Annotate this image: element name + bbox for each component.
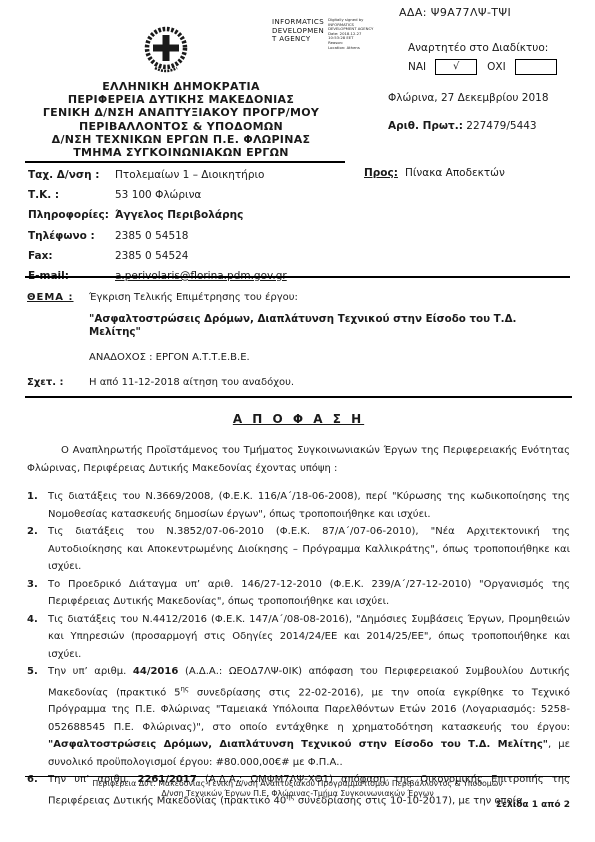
recipient-label: Προς: — [364, 167, 398, 179]
agency-header-line: ΓΕΝΙΚΗ Δ/ΝΣΗ ΑΝΑΠΤΥΞΙΑΚΟΥ ΠΡΟΓΡ/ΜΟΥ — [20, 106, 342, 119]
reference-label: Σχετ. : — [27, 376, 89, 389]
agency-header: ΕΛΛΗΝΙΚΗ ΔΗΜΟΚΡΑΤΙΑΠΕΡΙΦΕΡΕΙΑ ΔΥΤΙΚΗΣ ΜΑ… — [20, 80, 342, 159]
contact-value: 2385 0 54524 — [115, 250, 363, 262]
item-text-segment: 44/2016 — [133, 666, 178, 677]
list-item: 4.Τις διατάξεις του Ν.4412/2016 (Φ.Ε.Κ. … — [27, 611, 570, 664]
item-text-segment: Τις διατάξεις του Ν.3669/2008, (Φ.Ε.Κ. 1… — [48, 491, 570, 520]
document-page: ΑΔΑ: Ψ9Α77ΛΨ-ΤΨΙ INFORMATICSDEVELOPMENT … — [0, 0, 595, 842]
protocol-label: Αριθ. Πρωτ.: — [388, 120, 463, 132]
item-text-segment: "Ασφαλτοστρώσεις Δρόμων, Διαπλάτυνση Τεχ… — [48, 739, 548, 750]
decision-intro-paragraph: Ο Αναπληρωτής Προϊστάμενος του Τμήματος … — [27, 442, 570, 477]
item-text: Τις διατάξεις του Ν.3852/07-06-2010 (Φ.Ε… — [48, 523, 570, 576]
item-text: Την υπ’ αριθμ. 44/2016 (Α.Δ.Α.: ΩΕΟΔ7ΛΨ-… — [48, 663, 570, 771]
item-number: 1. — [27, 488, 48, 523]
subject-label: ΘΕΜΑ : — [27, 291, 89, 364]
item-text-segment: Τις διατάξεις του Ν.3852/07-06-2010 (Φ.Ε… — [48, 526, 570, 572]
contact-info-block: Ταχ. Δ/νση :Πτολεμαίων 1 – ΔιοικητήριοΤ.… — [28, 169, 363, 290]
contact-row: Τηλέφωνο :2385 0 54518 — [28, 230, 363, 250]
signature-agency-line: T AGENCY — [272, 35, 324, 44]
recipient-value: Πίνακα Αποδεκτών — [405, 167, 505, 179]
list-item: 5.Την υπ’ αριθμ. 44/2016 (Α.Δ.Α.: ΩΕΟΔ7Λ… — [27, 663, 570, 771]
item-text: Το Προεδρικό Διάταγμα υπ’ αριθ. 146/27-1… — [48, 576, 570, 611]
publish-no-label: ΟΧΙ — [487, 61, 506, 73]
ada-code: ΑΔΑ: Ψ9Α77ΛΨ-ΤΨΙ — [399, 6, 511, 19]
contact-value: 53 100 Φλώρινα — [115, 189, 363, 201]
contact-label: Πληροφορίες: — [28, 209, 115, 221]
checkmark-icon: √ — [453, 61, 459, 72]
item-text-segment: Την υπ’ αριθμ. — [48, 666, 133, 677]
contact-value: 2385 0 54518 — [115, 230, 363, 242]
signature-agency-line: DEVELOPMEN — [272, 27, 324, 36]
contact-label: Τ.Κ. : — [28, 189, 115, 201]
agency-header-line: ΠΕΡΙΒΑΛΛΟΝΤΟΣ & ΥΠΟΔΟΜΩΝ — [20, 120, 342, 133]
footer-line1: Περιφέρεια Δυτ. Μακεδονίας-Γενική Δ/νση … — [25, 779, 570, 789]
digital-signature-stamp: INFORMATICSDEVELOPMENT AGENCY Digitally … — [272, 18, 390, 50]
footer-line2: Δ/νση Τεχνικών Έργων Π.Ε. Φλώρινας-Τμήμα… — [25, 789, 570, 799]
page-footer: Περιφέρεια Δυτ. Μακεδονίας-Γενική Δ/νση … — [25, 776, 570, 811]
place-date-line: Φλώρινα, 27 Δεκεμβρίου 2018 — [388, 92, 549, 104]
protocol-value: 227479/5443 — [466, 120, 536, 132]
item-text: Τις διατάξεις του Ν.4412/2016 (Φ.Ε.Κ. 14… — [48, 611, 570, 664]
list-item: 3.Το Προεδρικό Διάταγμα υπ’ αριθ. 146/27… — [27, 576, 570, 611]
agency-header-line: ΕΛΛΗΝΙΚΗ ΔΗΜΟΚΡΑΤΙΑ — [20, 80, 342, 93]
publish-online-label: Αναρτητέο στο Διαδίκτυο: — [408, 42, 567, 54]
subject-content: Έγκριση Τελικής Επιμέτρησης του έργου: "… — [89, 291, 570, 364]
contractor-line: ΑΝΑΔΟΧΟΣ : ΕΡΓΟΝ Α.Τ.Τ.Ε.Β.Ε. — [89, 351, 570, 364]
subject-line1: Έγκριση Τελικής Επιμέτρησης του έργου: — [89, 291, 570, 304]
contact-label: Fax: — [28, 250, 115, 262]
item-text-segment: Τις διατάξεις του Ν.4412/2016 (Φ.Ε.Κ. 14… — [48, 614, 570, 660]
list-item: 1.Τις διατάξεις του Ν.3669/2008, (Φ.Ε.Κ.… — [27, 488, 570, 523]
page-number: Σελίδα 1 από 2 — [25, 801, 570, 811]
contact-row: Ταχ. Δ/νση :Πτολεμαίων 1 – Διοικητήριο — [28, 169, 363, 189]
signature-details: Digitally signed byINFORMATICSDEVELOPMEN… — [328, 18, 390, 50]
greek-republic-emblem-icon — [141, 24, 191, 76]
item-text: Τις διατάξεις του Ν.3669/2008, (Φ.Ε.Κ. 1… — [48, 488, 570, 523]
protocol-number: Αριθ. Πρωτ.: 227479/5443 — [388, 120, 537, 132]
item-text-segment: ης — [181, 685, 190, 693]
project-title: "Ασφαλτοστρώσεις Δρόμων, Διαπλάτυνση Τεχ… — [89, 313, 570, 339]
checkbox-no — [515, 59, 557, 75]
reference-value: Η από 11-12-2018 αίτηση του αναδόχου. — [89, 376, 294, 389]
contact-label: Ταχ. Δ/νση : — [28, 169, 115, 181]
item-number: 2. — [27, 523, 48, 576]
item-number: 5. — [27, 663, 48, 771]
list-item: 2.Τις διατάξεις του Ν.3852/07-06-2010 (Φ… — [27, 523, 570, 576]
item-number: 4. — [27, 611, 48, 664]
contact-row: Πληροφορίες:Άγγελος Περιβολάρης — [28, 209, 363, 229]
checkbox-yes: √ — [435, 59, 477, 75]
subject-block: ΘΕΜΑ : Έγκριση Τελικής Επιμέτρησης του έ… — [27, 291, 570, 364]
signature-agency-name: INFORMATICSDEVELOPMENT AGENCY — [272, 18, 324, 50]
agency-header-line: Δ/ΝΣΗ ΤΕΧΝΙΚΩΝ ΕΡΓΩΝ Π.Ε. ΦΛΩΡΙΝΑΣ — [20, 133, 342, 146]
contact-value: Πτολεμαίων 1 – Διοικητήριο — [115, 169, 363, 181]
recipient-block: Προς:Πίνακα Αποδεκτών — [364, 167, 505, 179]
decision-considerations-list: 1.Τις διατάξεις του Ν.3669/2008, (Φ.Ε.Κ.… — [27, 488, 570, 810]
item-number: 3. — [27, 576, 48, 611]
publish-online-block: Αναρτητέο στο Διαδίκτυο: ΝΑΙ √ ΟΧΙ — [408, 42, 567, 75]
contact-row: Fax:2385 0 54524 — [28, 250, 363, 270]
contact-value: Άγγελος Περιβολάρης — [115, 209, 363, 221]
agency-header-line: ΠΕΡΙΦΕΡΕΙΑ ΔΥΤΙΚΗΣ ΜΑΚΕΔΟΝΙΑΣ — [20, 93, 342, 106]
section-divider-bottom — [25, 396, 572, 398]
reference-block: Σχετ. : Η από 11-12-2018 αίτηση του αναδ… — [27, 376, 570, 389]
contact-label: Τηλέφωνο : — [28, 230, 115, 242]
header-divider — [25, 161, 345, 163]
signature-detail-line: Location: Athens — [328, 46, 390, 51]
decision-heading: Α Π Ο Φ Α Σ Η — [27, 413, 570, 427]
signature-agency-line: INFORMATICS — [272, 18, 324, 27]
agency-header-line: ΤΜΗΜΑ ΣΥΓΚΟΙΝΩΝΙΑΚΩΝ ΕΡΓΩΝ — [20, 146, 342, 159]
item-text-segment: Το Προεδρικό Διάταγμα υπ’ αριθ. 146/27-1… — [48, 579, 570, 608]
section-divider-top — [25, 276, 570, 278]
document-body: ΘΕΜΑ : Έγκριση Τελικής Επιμέτρησης του έ… — [27, 288, 570, 810]
publish-yes-label: ΝΑΙ — [408, 61, 426, 73]
contact-row: Τ.Κ. :53 100 Φλώρινα — [28, 189, 363, 209]
